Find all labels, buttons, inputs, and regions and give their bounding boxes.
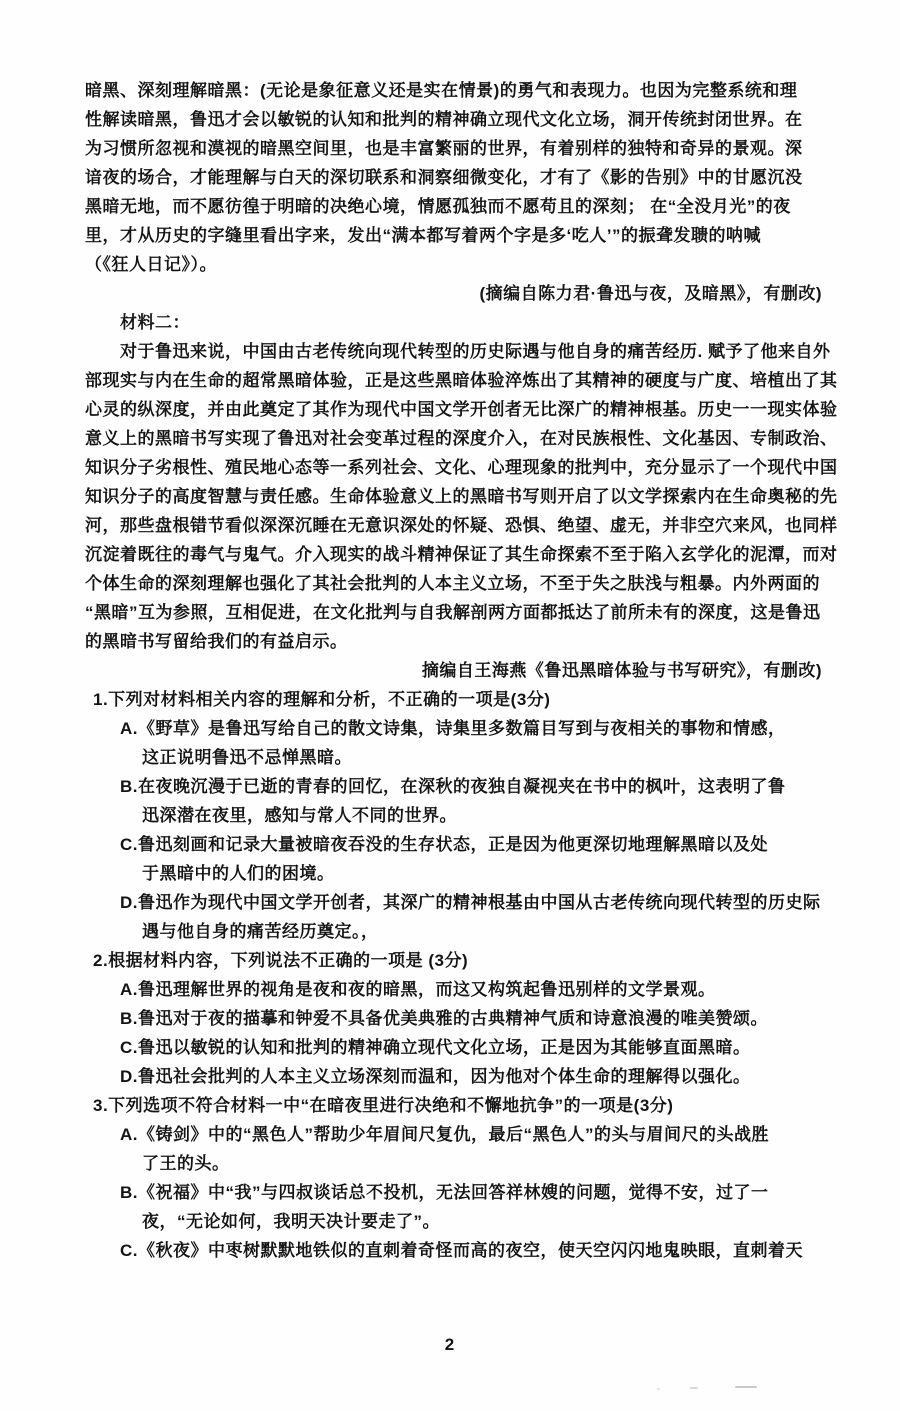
- material1-line: （《狂人日记》）。: [85, 250, 822, 279]
- question3-stem: 3.下列选项不符合材料一中“在暗夜里进行决绝和不懈地抗争”的一项是(3分): [85, 1091, 822, 1120]
- document-page: 暗黑、深刻理解暗黑：(无论是象征意义还是实在情景)的勇气和表现力。也因为完整系统…: [0, 0, 900, 1411]
- material1-line: 为习惯所忽视和漠视的暗黑空间里，也是丰富繁丽的世界，有着别样的独特和奇异的景观。…: [85, 134, 822, 163]
- material1-citation: (摘编自陈力君·鲁迅与夜，及暗黑》，有删改): [85, 279, 822, 308]
- material2-line: 对于鲁迅来说，中国由古老传统向现代转型的历史际遇与他自身的痛苦经历. 赋予了他来…: [85, 337, 822, 366]
- question1-option-c: C.鲁迅刻画和记录大量被暗夜吞没的生存状态，正是因为他更深切地理解黑暗以及处: [85, 830, 822, 859]
- question2-stem: 2.根据材料内容，下列说法不正确的一项是 (3分): [85, 946, 822, 975]
- material2-line: 心灵的纵深度，并由此奠定了其作为现代中国文学开创者无比深广的精神根基。历史一一现…: [85, 395, 822, 424]
- question3-option-b: B.《祝福》中“我”与四叔谈话总不投机，无法回答祥林嫂的问题，觉得不安，过了一: [85, 1178, 822, 1207]
- question1-option-c-cont: 于黑暗中的人们的困境。: [85, 859, 822, 888]
- material1-line: 里，才从历史的字缝里看出字来，发出“满本都写着两个字是多‘吃人’”的振聋发聩的呐…: [85, 221, 822, 250]
- material2-heading: 材料二：: [85, 308, 822, 337]
- material1-line: 性解读暗黑，鲁迅才会以敏锐的认知和批判的精神确立现代文化立场，洞开传统封闭世界。…: [85, 105, 822, 134]
- question3-option-a: A.《铸剑》中的“黑色人”帮助少年眉间尺复仇，最后“黑色人”的头与眉间尺的头战胜: [85, 1120, 822, 1149]
- question2-option-d: D.鲁迅社会批判的人本主义立场深刻而温和，因为他对个体生命的理解得以强化。: [85, 1062, 822, 1091]
- question1-option-a: A.《野草》是鲁迅写给自己的散文诗集，诗集里多数篇目写到与夜相关的事物和情感，: [85, 714, 822, 743]
- material1-line: 暗黑、深刻理解暗黑：(无论是象征意义还是实在情景)的勇气和表现力。也因为完整系统…: [85, 76, 822, 105]
- material2-line: 河，那些盘根错节看似深深沉睡在无意识深处的怀疑、恐惧、绝望、虚无，并非空穴来风，…: [85, 511, 822, 540]
- question1-option-d-cont: 遇与他自身的痛苦经历奠定。，: [85, 917, 822, 946]
- scan-artifact: [690, 1387, 698, 1389]
- material2-line: 部现实与内在生命的超常黑暗体验，正是这些黑暗体验淬炼出了其精神的硬度与广度、培植…: [85, 366, 822, 395]
- scan-artifact: [657, 1388, 660, 1390]
- question3-option-a-cont: 了王的头。: [85, 1149, 822, 1178]
- page-number: 2: [0, 1335, 900, 1355]
- material2-line: 知识分子的高度智慧与责任感。生命体验意义上的黑暗书写则开启了以文学探索内在生命奥…: [85, 482, 822, 511]
- question2-option-b: B.鲁迅对于夜的描摹和钟爱不具备优美典雅的古典精神气质和诗意浪漫的唯美赞颂。: [85, 1004, 822, 1033]
- scan-artifact: [735, 1386, 757, 1388]
- material2-line: 知识分子劣根性、殖民地心态等一系列社会、文化、心理现象的批判中，充分显示了一个现…: [85, 453, 822, 482]
- material2-line: 个体生命的深刻理解也强化了其社会批判的人本主义立场，不至于失之肤浅与粗暴。内外两…: [85, 569, 822, 598]
- question1-option-d: D.鲁迅作为现代中国文学开创者，其深广的精神根基由中国从古老传统向现代转型的历史…: [85, 888, 822, 917]
- material2-line: 意义上的黑暗书写实现了鲁迅对社会变革过程的深度介入，在对民族根性、文化基因、专制…: [85, 424, 822, 453]
- material2-line: “黑暗”互为参照，互相促进，在文化批判与自我解剖两方面都抵达了前所未有的深度，这…: [85, 598, 822, 627]
- question3-option-b-cont: 夜，“无论如何，我明天决计要走了”。: [85, 1207, 822, 1236]
- question2-option-c: C.鲁迅以敏锐的认知和批判的精神确立现代文化立场，正是因为其能够直面黑暗。: [85, 1033, 822, 1062]
- question1-stem: 1.下列对材料相关内容的理解和分析，不正确的一项是(3分): [85, 685, 822, 714]
- question2-option-a: A.鲁迅理解世界的视角是夜和夜的暗黑，而这又构筑起鲁迅别样的文学景观。: [85, 975, 822, 1004]
- material2-line: 沉淀着既往的毒气与鬼气。介入现实的战斗精神保证了其生命探索不至于陷入玄学化的泥潭…: [85, 540, 822, 569]
- material1-line: 谙夜的场合，才能理解与白天的深切联系和洞察细微变化，才有了《影的告别》中的甘愿沉…: [85, 163, 822, 192]
- material2-citation: 摘编自王海燕《鲁迅黑暗体验与书写研究》，有删改): [85, 656, 822, 685]
- material2-line: 的黑暗书写留给我们的有益启示。: [85, 627, 822, 656]
- question1-option-b-cont: 迅深潜在夜里，感知与常人不同的世界。: [85, 801, 822, 830]
- question1-option-a-cont: 这正说明鲁迅不忌惮黑暗。: [85, 743, 822, 772]
- question1-option-b: B.在夜晚沉漫于已逝的青春的回忆，在深秋的夜独自凝视夹在书中的枫叶，这表明了鲁: [85, 772, 822, 801]
- material1-line: 黑暗无地，而不愿彷徨于明暗的决绝心境，情愿孤独而不愿苟且的深刻； 在“全没月光”…: [85, 192, 822, 221]
- question3-option-c: C.《秋夜》中枣树默默地铁似的直刺着奇怪而高的夜空，使天空闪闪地鬼映眼，直刺着天: [85, 1236, 822, 1265]
